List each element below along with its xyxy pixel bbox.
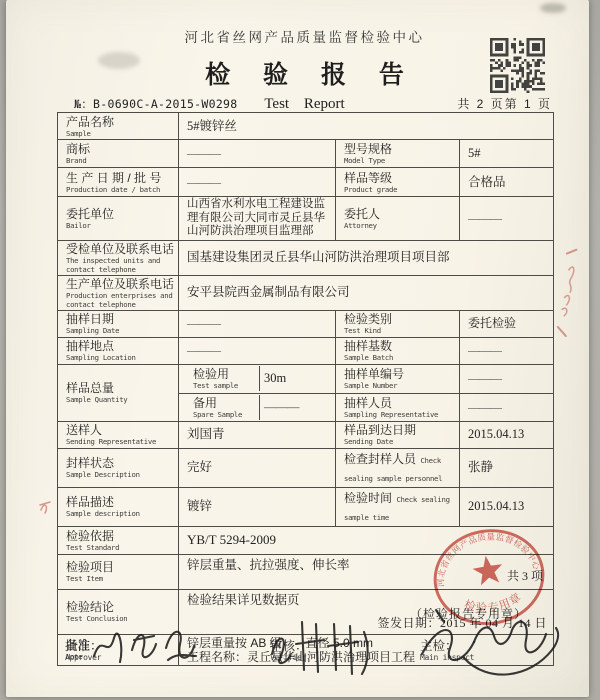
field-sample-batch-label: 抽样基数 Sample Batch xyxy=(336,337,460,364)
table-row: 样品总量 Sample Quantity 检验用 Test sample 30m… xyxy=(58,364,554,393)
field-test-kind-value: 委托检验 xyxy=(460,310,554,337)
field-production-unit-value: 安平县院西金属制品有限公司 xyxy=(179,275,554,310)
table-row: 委托单位 Bailor 山西省水利水电工程建设监理有限公司大同市灵丘县华山河防洪… xyxy=(58,197,554,241)
field-model-label: 型号规格 Model Type xyxy=(336,140,460,168)
page-info: 共 2 页第 1 页 xyxy=(457,95,552,112)
field-spare-sample-label: 备用 Spare Sample xyxy=(187,395,260,420)
field-production-unit-label: 生产单位及联系电话 Production enterprises and con… xyxy=(58,275,179,310)
field-test-time-label: 检验时间 Check sealing sample time xyxy=(336,487,460,526)
verifier-signature xyxy=(264,612,389,678)
field-sample-label: 产品名称 Sample xyxy=(58,113,179,140)
report-title-cn: 检 验 报 告 xyxy=(57,55,552,91)
table-row: 抽样地点 Sampling Location ——— 抽样基数 Sample B… xyxy=(58,337,554,364)
field-seal-status-value: 完好 xyxy=(179,448,336,487)
svg-text:检验专用章: 检验专用章 xyxy=(461,588,526,618)
field-sample-quantity-label: 样品总量 Sample Quantity xyxy=(58,364,179,421)
field-test-item-label: 检验项目 Test Item xyxy=(58,554,179,589)
field-sample-desc-label: 样品描述 Sample description xyxy=(58,487,179,526)
field-sampling-date-value: ——— xyxy=(179,310,336,337)
field-brand-label: 商标 Brand xyxy=(58,140,179,168)
field-sampling-location-label: 抽样地点 Sampling Location xyxy=(58,337,179,364)
field-attorney-value: ——— xyxy=(460,197,554,241)
qr-code-icon xyxy=(490,38,545,93)
field-attorney-label: 委托人 Attorney xyxy=(336,197,460,241)
field-sample-number-label: 抽样单编号 Sample Number xyxy=(336,364,460,393)
report-paper: 河北省丝网产品质量监督检验中心 检 验 报 告 Test Report №：B-… xyxy=(6,0,589,697)
field-arrival-date-value: 2015.04.13 xyxy=(460,421,554,448)
field-arrival-date-label: 样品到达日期 Sending Date xyxy=(336,421,460,448)
approver-signature xyxy=(88,616,203,674)
field-check-personnel-label: 检查封样人员 Check sealing sample personnel xyxy=(336,448,460,487)
report-number-row: №：B-0690C-A-2015-W0298 共 2 页第 1 页 xyxy=(57,95,552,112)
field-test-item-value: 锌层重量、抗拉强度、伸长率 xyxy=(187,558,350,572)
field-spare-sample-value: ——— xyxy=(260,395,331,420)
field-grade-label: 样品等级 Product grade xyxy=(336,168,460,197)
field-production-date-label: 生 产 日 期 / 批 号 Production date / batch xyxy=(58,168,179,197)
field-sampling-personnel-value: ——— xyxy=(460,393,554,421)
stamp-bottom-text: 检验专用章 xyxy=(461,588,526,618)
report-number: №：B-0690C-A-2015-W0298 xyxy=(57,96,238,112)
field-seal-status-label: 封样状态 Sample Description xyxy=(58,448,179,487)
field-inspected-unit-label: 受检单位及联系电话 The inspected units and contac… xyxy=(58,240,179,275)
org-name: 河北省丝网产品质量监督检验中心 xyxy=(57,26,552,46)
field-brand-value: ——— xyxy=(179,140,336,168)
table-row: 受检单位及联系电话 The inspected units and contac… xyxy=(58,240,554,275)
field-sample-desc-value: 镀锌 xyxy=(179,487,336,526)
red-margin-mark xyxy=(38,498,52,516)
table-row: 生 产 日 期 / 批 号 Production date / batch ——… xyxy=(58,168,554,197)
stamp-star-icon xyxy=(471,553,505,586)
table-row: 抽样日期 Sampling Date ——— 检验类别 Test Kind 委托… xyxy=(58,310,554,337)
field-sample-batch-value: ——— xyxy=(460,337,554,364)
table-row: 送样人 Sending Representative 刘国青 样品到达日期 Se… xyxy=(58,421,554,448)
field-sender-value: 刘国青 xyxy=(179,421,336,448)
field-grade-value: 合格品 xyxy=(460,168,554,197)
field-sampling-location-value: ——— xyxy=(179,337,336,364)
table-row: 产品名称 Sample 5#镀锌丝 xyxy=(58,113,554,140)
field-model-value: 5# xyxy=(460,140,554,168)
field-conclusion-value: 检验结果详见数据页 xyxy=(187,593,300,607)
field-production-date-value: ——— xyxy=(179,168,336,197)
field-sender-label: 送样人 Sending Representative xyxy=(58,421,179,448)
field-bailor-value: 山西省水利水电工程建设监理有限公司大同市灵丘县华山河防洪治理项目监理部 xyxy=(179,197,336,241)
field-sample-value: 5#镀锌丝 xyxy=(179,113,554,140)
field-test-sample-label: 检验用 Test sample xyxy=(187,366,260,391)
photo-smudge xyxy=(540,3,566,13)
field-sampling-date-label: 抽样日期 Sampling Date xyxy=(58,310,179,337)
field-standard-label: 检验依据 Test Standard xyxy=(58,526,179,554)
field-bailor-label: 委托单位 Bailor xyxy=(58,197,179,241)
field-check-personnel-value: 张静 xyxy=(460,448,554,487)
field-sample-number-value: ——— xyxy=(460,364,554,393)
table-row: 生产单位及联系电话 Production enterprises and con… xyxy=(58,275,554,310)
table-row: 商标 Brand ——— 型号规格 Model Type 5# xyxy=(58,140,554,168)
red-margin-annotation xyxy=(552,247,583,341)
official-stamp: 河北省丝网产品质量监督检验中心 检验专用章 xyxy=(423,517,556,636)
field-test-kind-label: 检验类别 Test Kind xyxy=(336,310,460,337)
report-number-label: №： xyxy=(74,97,93,111)
field-inspected-unit-value: 国基建设集团灵丘县华山河防洪治理项目项目部 xyxy=(179,240,554,275)
field-sampling-personnel-label: 抽样人员 Sampling Representative xyxy=(336,393,460,421)
field-spare-sample-cell: 备用 Spare Sample ——— xyxy=(179,393,336,421)
table-row: 封样状态 Sample Description 完好 检查封样人员 Check … xyxy=(58,448,554,487)
table-row: 样品描述 Sample description 镀锌 检验时间 Check se… xyxy=(58,487,554,526)
field-test-sample-cell: 检验用 Test sample 30m xyxy=(179,364,336,393)
field-test-sample-value: 30m xyxy=(260,366,331,391)
